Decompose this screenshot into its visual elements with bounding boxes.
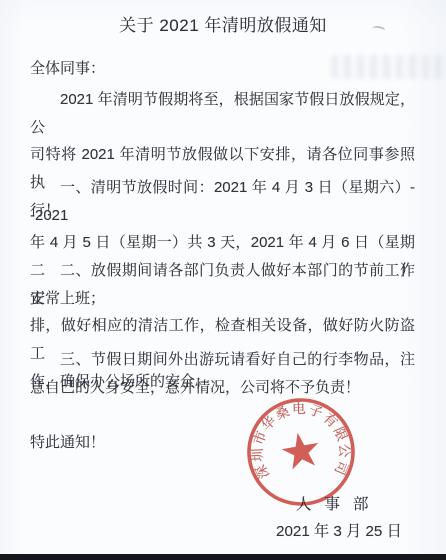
- text-line: 2021 年清明节假期将至，根据国家节假日放假规定，公: [30, 86, 415, 141]
- text-line: 二、放假期间请各部门负责人做好本部门的节前工作安: [30, 257, 415, 312]
- document-page: 关于 2021 年清明放假通知 全体同事： 2021 年清明节假期将至，根据国家…: [0, 0, 446, 560]
- company-seal: 深圳市华桑电子有限公司: [238, 389, 364, 515]
- text-line: 三、节假日期间外出游玩请看好自己的行李物品，注: [30, 346, 415, 374]
- signature-date: 2021 年 3 月 25 日: [276, 521, 402, 543]
- seal-star-icon: [279, 430, 322, 471]
- salutation: 全体同事：: [30, 57, 105, 81]
- scan-edge-bar: [0, 554, 446, 560]
- scan-bleed-through: [331, 55, 443, 79]
- closing-statement: 特此通知！: [30, 431, 105, 455]
- text-line: 一、清明节放假时间：2021 年 4 月 3 日（星期六）--2021: [30, 174, 415, 229]
